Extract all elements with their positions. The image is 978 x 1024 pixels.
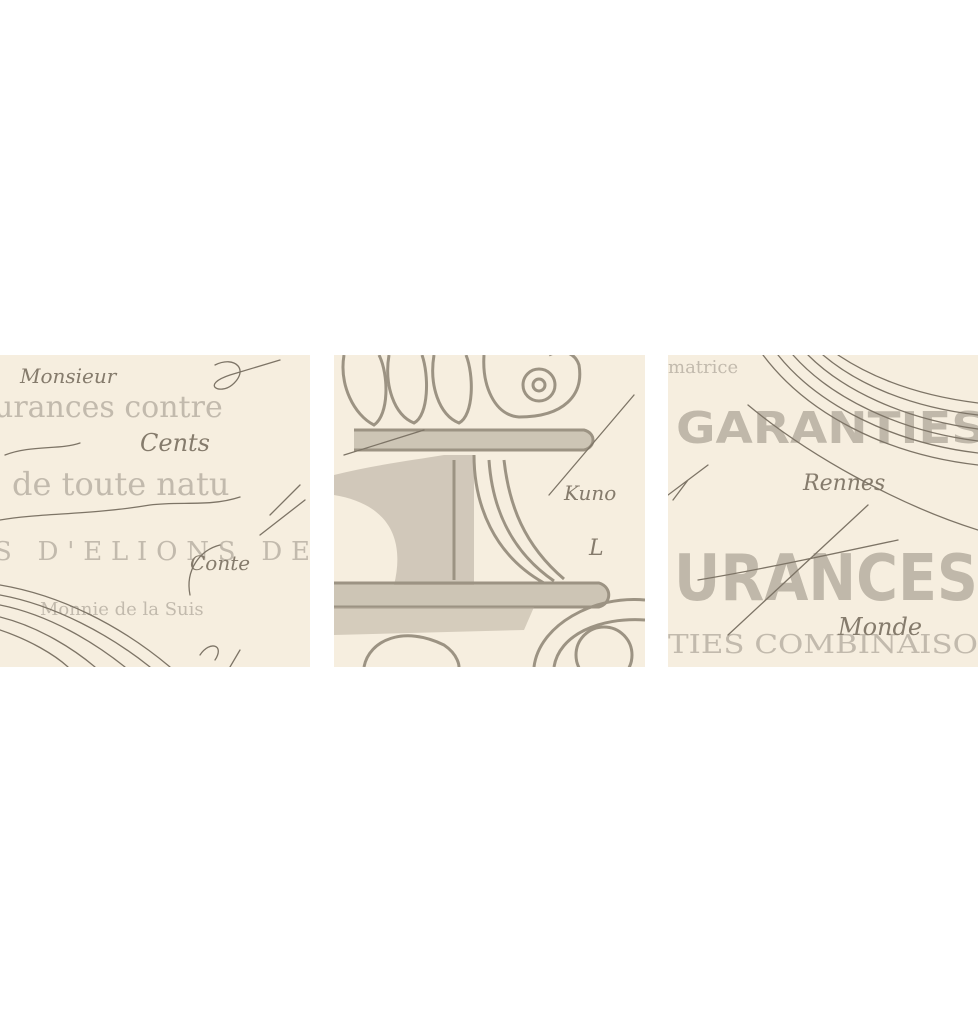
- script-flourish: [668, 465, 708, 500]
- print-line: URANCES: [674, 542, 978, 616]
- tile-ornamental-finial: Kuno L: [334, 355, 645, 667]
- finial-artwork: Kuno L: [334, 355, 645, 667]
- script-word: L: [588, 536, 604, 561]
- script-word: Cents: [140, 429, 210, 457]
- tile-garanties-assurances: matrice GARANTIES URANCES TIES COMBINAIS…: [668, 355, 978, 667]
- script-flourish: [200, 646, 240, 667]
- print-line: Monnie de la Suis: [40, 599, 204, 620]
- print-line: urances contre: [0, 390, 223, 425]
- script-word: Rennes: [802, 471, 885, 496]
- finial-ornament: [334, 355, 645, 667]
- script-flourish: [5, 443, 80, 455]
- print-line: matrice: [668, 357, 738, 378]
- script-flourish: [214, 360, 280, 389]
- print-line: GARANTIES: [676, 403, 978, 454]
- script-word: Kuno: [563, 481, 616, 505]
- tile-script-text: urances contre de toute natu S D'ELIONS …: [0, 355, 310, 667]
- script-word: Conte: [190, 551, 250, 575]
- script-flourish: [260, 485, 305, 535]
- script-word: Monde: [837, 613, 922, 641]
- engraved-lines: [0, 617, 95, 667]
- script-word: Monsieur: [19, 364, 118, 388]
- garanties-artwork: matrice GARANTIES URANCES TIES COMBINAIS…: [668, 355, 978, 667]
- print-line: de toute natu: [12, 465, 229, 503]
- engraved-lines: [0, 630, 68, 667]
- engraved-lines: [0, 585, 170, 667]
- print-line: S D'ELIONS DE: [0, 537, 310, 567]
- print-line: TIES COMBINAISO: [668, 630, 978, 660]
- script-text-artwork: urances contre de toute natu S D'ELIONS …: [0, 355, 310, 667]
